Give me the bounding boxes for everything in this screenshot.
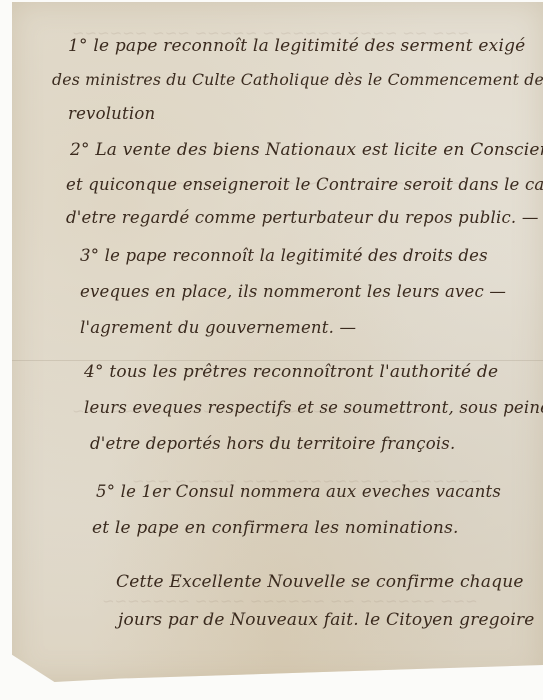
article-2-line-2: et quiconque enseigneroit le Contraire s… xyxy=(66,175,543,194)
article-5-line-2: et le pape en confirmera les nominations… xyxy=(92,518,459,538)
article-4-line-3: d'etre deportés hors du territoire franç… xyxy=(90,434,455,453)
article-3-line-2: eveques en place, ils nommeront les leur… xyxy=(80,282,506,301)
article-3-line-3: l'agrement du gouvernement. — xyxy=(80,318,356,337)
closing-line-1: Cette Excellente Nouvelle se confirme ch… xyxy=(116,572,524,592)
article-1-line-1: 1° le pape reconnoît la legitimité des s… xyxy=(68,36,525,56)
article-1-line-2: des ministres du Culte Catholique dès le… xyxy=(52,70,543,89)
article-2-line-3: d'etre regardé comme perturbateur du rep… xyxy=(66,208,539,227)
closing-line-2: jours par de Nouveaux fait. le Citoyen g… xyxy=(118,610,535,630)
article-4-line-1: 4° tous les prêtres reconnoîtront l'auth… xyxy=(84,362,498,382)
bleed-through-text: ~~~ ~~~~~~ ~~ ~~~~~~ ~~~~ ~~~~~~~ xyxy=(102,592,478,610)
article-5-line-1: 5° le 1er Consul nommera aux eveches vac… xyxy=(96,482,501,501)
article-2-line-1: 2° La vente des biens Nationaux est lici… xyxy=(70,140,543,160)
article-3-line-1: 3° le pape reconnoît la legitimité des d… xyxy=(80,246,488,265)
article-1-line-3: revolution xyxy=(68,104,155,123)
fold-crease xyxy=(12,360,543,361)
article-4-line-2: leurs eveques respectifs et se soumettro… xyxy=(84,398,543,417)
